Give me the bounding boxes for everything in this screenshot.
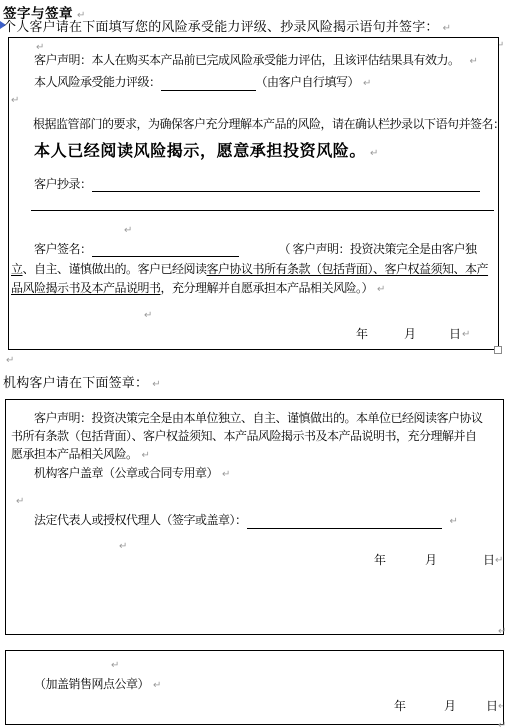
legal-rep-signature-blank[interactable]	[247, 515, 442, 529]
customer-copy-label: 客户抄录：	[34, 177, 92, 191]
paragraph-mark-icon: ↵	[498, 701, 504, 712]
paragraph-mark-icon: ↵	[36, 42, 44, 53]
date-day-label: 日	[483, 553, 495, 568]
individual-signature-box: ↵ 客户声明：本人在购买本产品前已完成风险承受能力评估，且该评估结果具有效力。↵…	[8, 37, 499, 350]
sign-note-part1: （ 客户声明：投资决策完全是由客户独	[279, 242, 477, 256]
risk-rating-blank[interactable]	[161, 77, 256, 91]
institution-intro-row: 机构客户请在下面签章：↵	[3, 375, 161, 392]
customer-signature-blank[interactable]	[92, 243, 239, 257]
date-month-label: 月	[404, 327, 416, 342]
date-month-label: 月	[444, 699, 456, 714]
paragraph-mark-icon: ↵	[142, 450, 150, 461]
date-day-label: 日	[486, 699, 498, 714]
institution-declaration-line2: 书所有条款（包括背面）、客户权益须知、本产品风险揭示书及本产品说明书，充分理解并…	[11, 429, 477, 444]
paragraph-mark-icon: ↵	[462, 329, 470, 340]
customer-copy-row: 客户抄录：	[34, 177, 480, 192]
customer-sign-label: 客户签名：	[34, 242, 92, 256]
paragraph-mark-icon: ↵	[16, 496, 24, 507]
paragraph-mark-icon: ↵	[11, 95, 19, 106]
sign-note-line2: 立、自主、谨慎做出的。客户已经阅读客户协议书所有条款（包括背面）、客户权益须知、…	[11, 262, 488, 277]
paragraph-mark-icon: ↵	[495, 555, 503, 566]
paragraph-mark-icon: ↵	[111, 660, 119, 671]
paragraph-mark-icon: ↵	[370, 148, 378, 159]
sign-note-line3: 品风险揭示书及本产品说明书，充分理解并自愿承担本产品相关风险。）↵	[11, 281, 385, 297]
paragraph-mark-icon: ↵	[153, 680, 161, 691]
date-month-label: 月	[425, 553, 437, 568]
instruction-text: 根据监管部门的要求，为确保客户充分理解本产品的风险，请在确认栏抄录以下语句并签名…	[33, 117, 499, 131]
paragraph-mark-icon: ↵	[498, 626, 506, 637]
sign-note-part4: 客户协议书所有条款（包括背面）、客户权益须知、本产	[207, 262, 489, 276]
paragraph-mark-icon: ↵	[124, 225, 132, 236]
outlet-seal-row: （加盖销售网点公章）↵	[34, 677, 161, 693]
customer-declaration-text: 客户声明：本人在购买本产品前已完成风险承受能力评估，且该评估结果具有效力。	[34, 53, 460, 67]
risk-rating-row: 本人风险承受能力评级：（由客户自行填写）↵	[34, 75, 371, 91]
paragraph-mark-icon: ↵	[152, 379, 160, 390]
paragraph-mark-icon: ↵	[498, 720, 506, 727]
customer-copy-blank-line2[interactable]	[31, 196, 494, 211]
paragraph-mark-icon: ↵	[119, 541, 127, 552]
individual-intro-row: 个人客户请在下面填写您的风险承受能力评级、抄录风险揭示语句并签字：↵	[3, 19, 451, 36]
individual-intro-text: 个人客户请在下面填写您的风险承受能力评级、抄录风险揭示语句并签字：	[3, 19, 439, 34]
risk-rating-note: （由客户自行填写）	[256, 75, 360, 89]
sign-note-part3: 、自主、谨慎做出的。客户已经阅读	[23, 262, 207, 276]
sign-note-part2: 立	[11, 262, 23, 276]
paragraph-mark-icon: ↵	[6, 355, 14, 366]
paragraph-mark-icon: ↵	[363, 78, 371, 89]
legal-rep-row: 法定代表人或授权代理人（签字或盖章）：↵	[34, 513, 458, 529]
paragraph-mark-icon: ↵	[377, 284, 385, 295]
institution-seal-label: 机构客户盖章（公章或合同专用章）	[34, 466, 218, 480]
customer-copy-blank-line1[interactable]	[92, 178, 480, 192]
paragraph-mark-icon: ↵	[450, 516, 458, 527]
outlet-seal-box: ↵ （加盖销售网点公章）↵ 年 月 日 ↵	[5, 650, 504, 725]
institution-declaration-line3: 愿承担本产品相关风险。↵	[11, 447, 150, 463]
paragraph-mark-icon: ↵	[222, 469, 230, 480]
document-page: 签字与签章↵ 个人客户请在下面填写您的风险承受能力评级、抄录风险揭示语句并签字：…	[0, 0, 507, 727]
resize-handle[interactable]	[494, 346, 502, 354]
risk-statement-text: 本人已经阅读风险揭示，愿意承担投资风险。	[34, 143, 366, 160]
customer-declaration-row: 客户声明：本人在购买本产品前已完成风险承受能力评估，且该评估结果具有效力。↵	[34, 53, 478, 69]
date-day-label: 日	[449, 327, 461, 342]
paragraph-mark-icon: ↵	[144, 310, 152, 321]
risk-rating-label: 本人风险承受能力评级：	[34, 75, 161, 89]
institution-intro-text: 机构客户请在下面签章：	[3, 375, 148, 390]
institution-signature-box: 客户声明：投资决策完全是由本单位独立、自主、谨慎做出的。本单位已经阅读客户协议 …	[5, 399, 504, 635]
risk-statement-row: 本人已经阅读风险揭示，愿意承担投资风险。↵	[34, 138, 378, 161]
institution-declaration-line3-text: 愿承担本产品相关风险。	[11, 447, 138, 461]
institution-declaration-line1: 客户声明：投资决策完全是由本单位独立、自主、谨慎做出的。本单位已经阅读客户协议	[34, 411, 483, 426]
date-year-label: 年	[356, 327, 368, 342]
customer-sign-row: 客户签名：（ 客户声明：投资决策完全是由客户独	[34, 242, 477, 257]
institution-seal-row: 机构客户盖章（公章或合同专用章）↵	[34, 466, 230, 482]
sign-note-part6: ，充分理解并自愿承担本产品相关风险。）	[161, 281, 374, 295]
date-year-label: 年	[394, 699, 406, 714]
outlet-seal-note: （加盖销售网点公章）	[34, 677, 149, 691]
paragraph-mark-icon: ↵	[443, 23, 451, 34]
instruction-row: 根据监管部门的要求，为确保客户充分理解本产品的风险，请在确认栏抄录以下语句并签名…	[33, 117, 499, 132]
legal-rep-label: 法定代表人或授权代理人（签字或盖章）：	[34, 513, 247, 527]
paragraph-mark-icon: ↵	[470, 56, 478, 67]
date-year-label: 年	[374, 553, 386, 568]
sign-note-part5: 品风险揭示书及本产品说明书	[11, 281, 161, 295]
